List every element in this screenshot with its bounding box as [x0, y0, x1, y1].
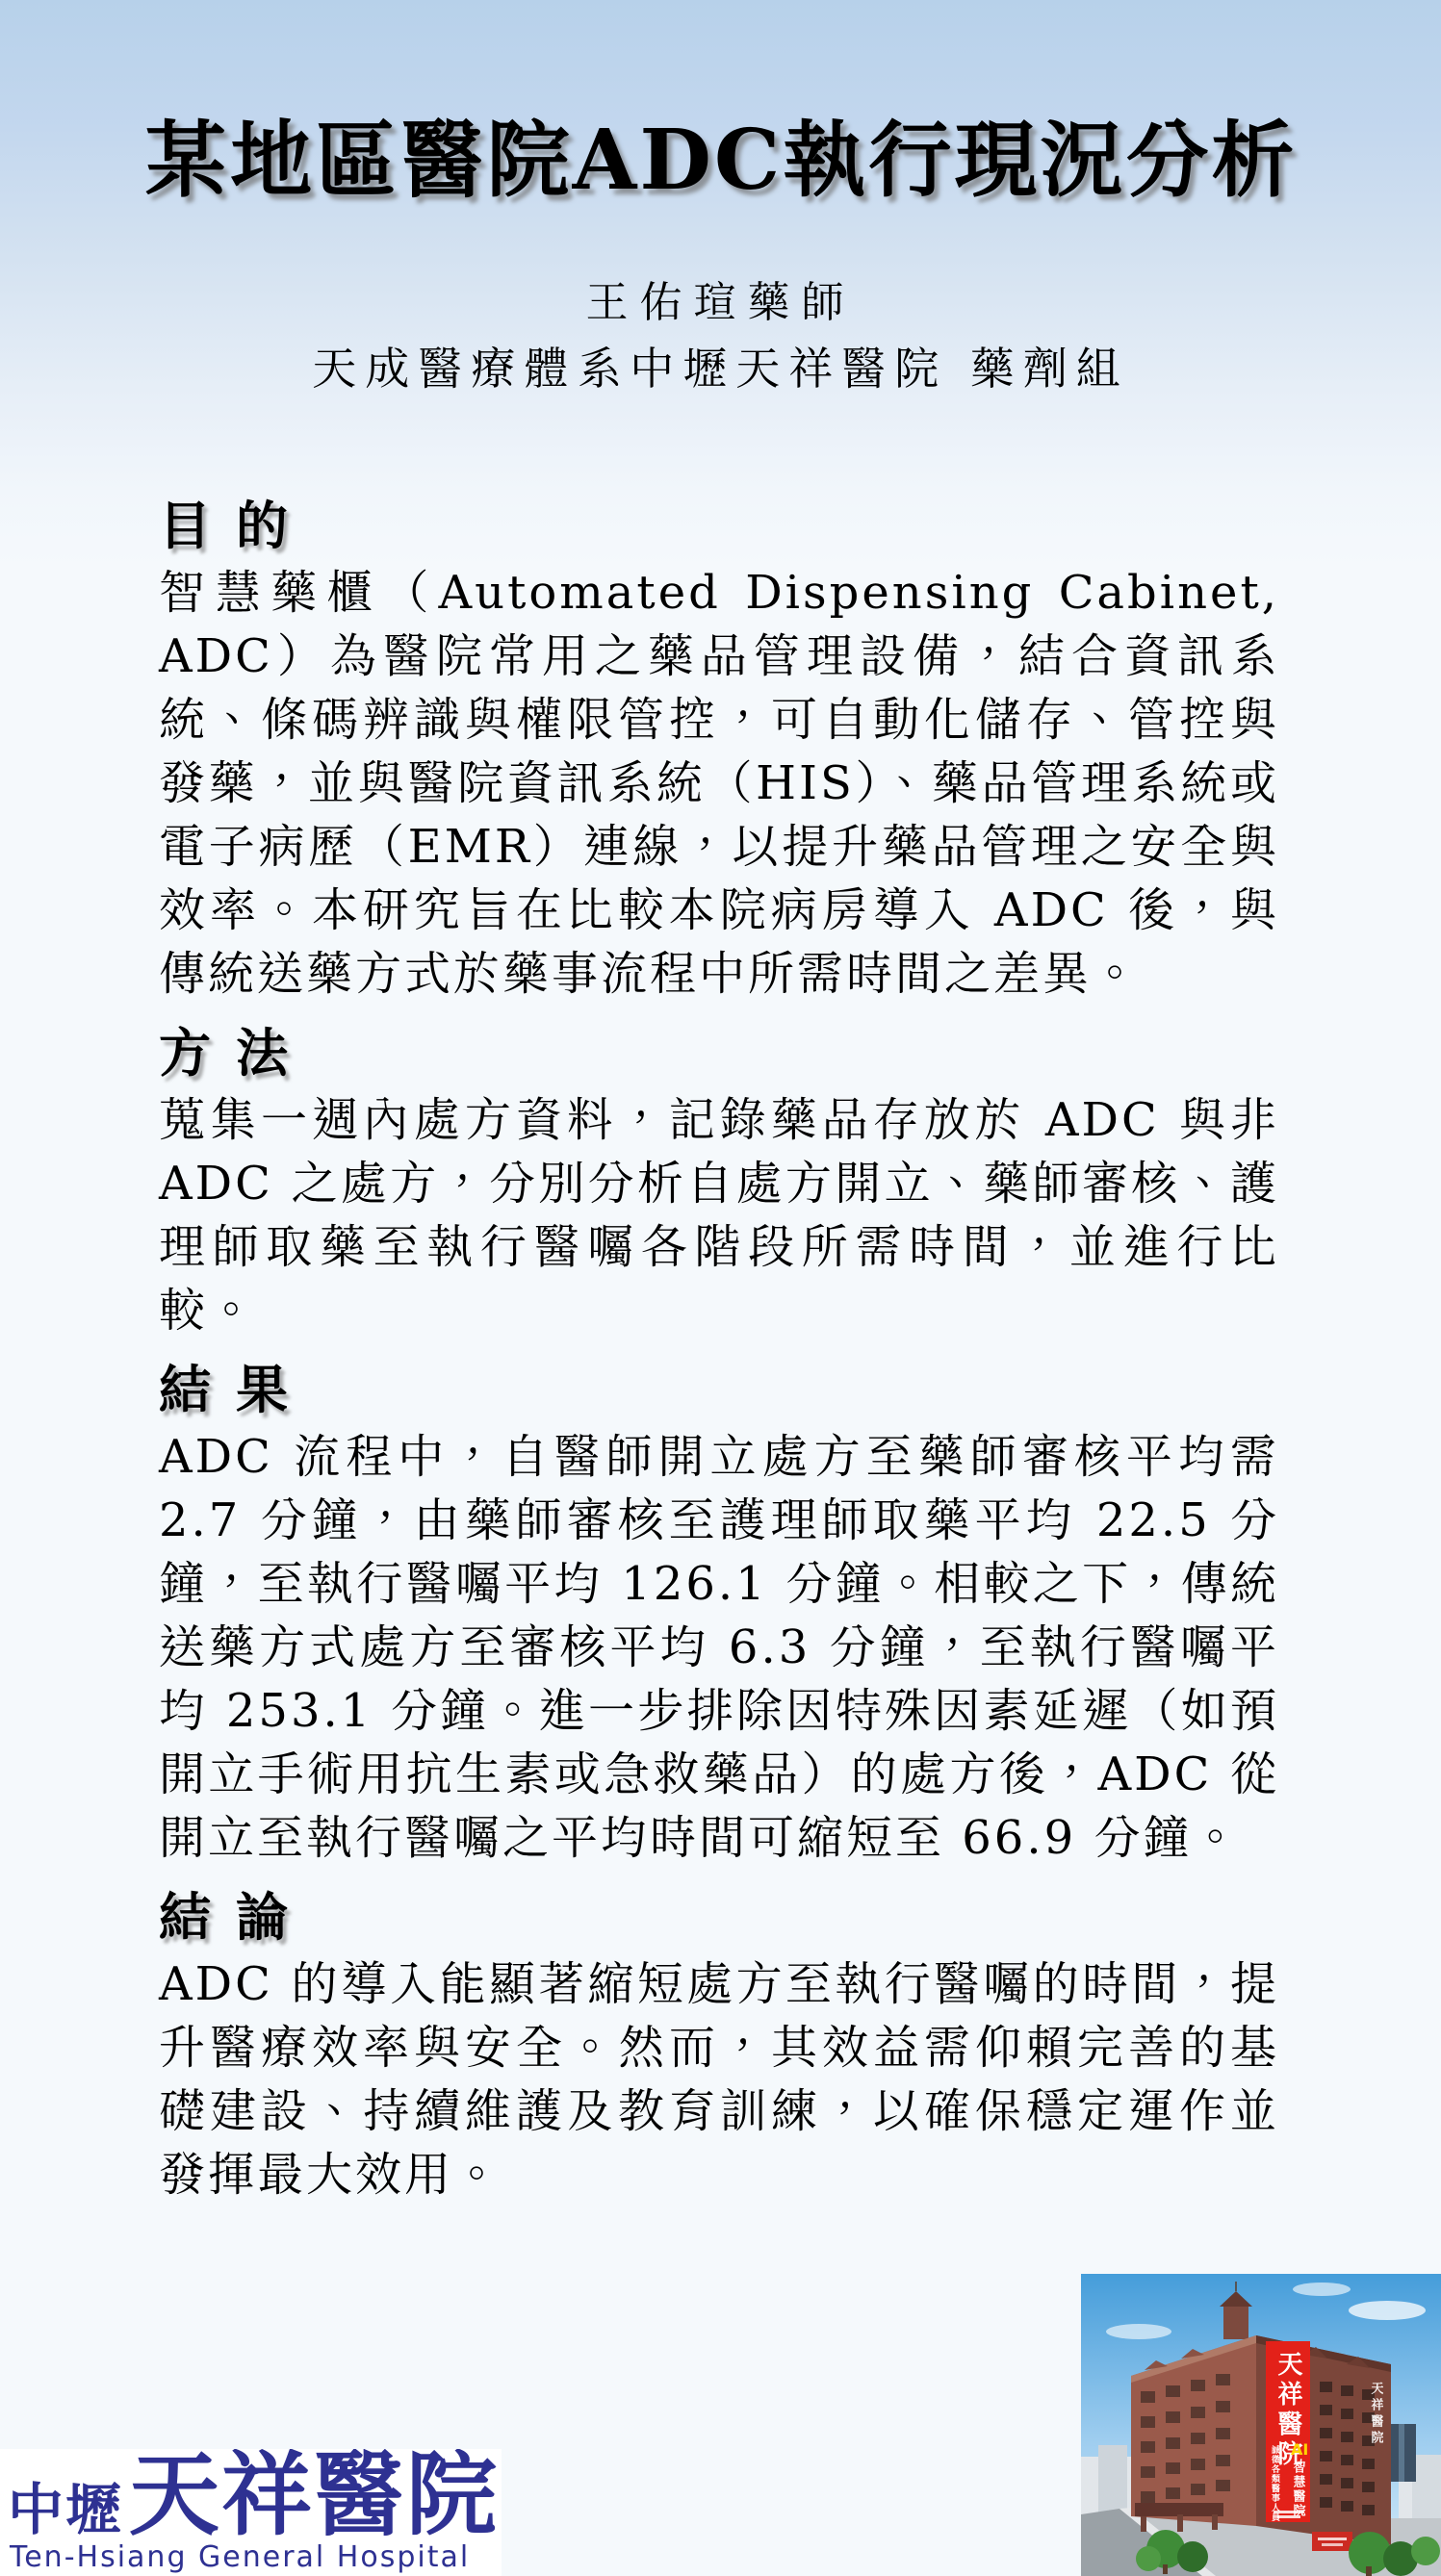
section-heading-method: 方法	[159, 1023, 1279, 1083]
section-method: 方法 蒐集一週內處方資料，記錄藥品存放於 ADC 與非 ADC 之處方，分別分析…	[159, 1023, 1279, 1342]
section-heading-conclusion: 結論	[159, 1887, 1279, 1947]
section-body-method: 蒐集一週內處方資料，記錄藥品存放於 ADC 與非 ADC 之處方，分別分析自處方…	[159, 1088, 1279, 1342]
section-body-purpose: 智慧藥櫃（Automated Dispensing Cabinet, ADC）為…	[159, 561, 1279, 1006]
section-body-conclusion: ADC 的導入能顯著縮短處方至執行醫囑的時間，提升醫療效率與安全。然而，其效益需…	[159, 1952, 1279, 2206]
title-block: 某地區醫院ADC執行現況分析 王佑瑄藥師 天成醫療體系中壢天祥醫院 藥劑組	[0, 0, 1441, 395]
poster-title: 某地區醫院ADC執行現況分析	[0, 114, 1441, 209]
section-body-results: ADC 流程中，自醫師開立處方至藥師審核平均需 2.7 分鐘，由藥師審核至護理師…	[159, 1425, 1279, 1870]
wall-hospital-sign: 天祥醫院	[1369, 2382, 1384, 2447]
hospital-logo: 中壢 天祥醫院 Ten-Hsiang General Hospital	[0, 2449, 502, 2576]
author: 王佑瑄藥師	[0, 278, 1441, 329]
banner-smart-hospital-text: 智慧醫院	[1291, 2460, 1306, 2518]
banner-recruit-text: 誠徵各類醫事人員	[1270, 2444, 1281, 2522]
photo-red-banner: 天祥醫院 誠徵各類醫事人員 AI 智慧醫院	[1266, 2341, 1310, 2522]
hospital-building-image: 天祥醫院 誠徵各類醫事人員 AI 智慧醫院 天祥醫院	[1081, 2274, 1441, 2576]
section-heading-purpose: 目的	[159, 496, 1279, 555]
affiliation: 天成醫療體系中壢天祥醫院 藥劑組	[0, 343, 1441, 395]
cloud	[1293, 2283, 1351, 2296]
section-conclusion: 結論 ADC 的導入能顯著縮短處方至執行醫囑的時間，提升醫療效率與安全。然而，其…	[159, 1887, 1279, 2206]
abstract-content: 目的 智慧藥櫃（Automated Dispensing Cabinet, AD…	[0, 395, 1441, 2206]
section-results: 結果 ADC 流程中，自醫師開立處方至藥師審核平均需 2.7 分鐘，由藥師審核至…	[159, 1360, 1279, 1870]
hospital-logo-chinese: 中壢 天祥醫院	[0, 2449, 502, 2541]
poster-page: 某地區醫院ADC執行現況分析 王佑瑄藥師 天成醫療體系中壢天祥醫院 藥劑組 目的…	[0, 0, 1441, 2576]
photo-street-sign	[1312, 2532, 1352, 2551]
hospital-photo: 天祥醫院 誠徵各類醫事人員 AI 智慧醫院 天祥醫院	[1081, 2274, 1441, 2576]
section-heading-results: 結果	[159, 1360, 1279, 1419]
photo-entrance-canopy	[1135, 2503, 1223, 2516]
logo-hospital-text: 天祥醫院	[129, 2451, 499, 2541]
cloud	[1106, 2324, 1171, 2339]
section-purpose: 目的 智慧藥櫃（Automated Dispensing Cabinet, AD…	[159, 496, 1279, 1006]
hospital-logo-english: Ten-Hsiang General Hospital	[0, 2543, 502, 2572]
cloud	[1349, 2301, 1426, 2320]
banner-ai-text: AI	[1291, 2440, 1308, 2459]
logo-city-text: 中壢	[8, 2482, 123, 2541]
